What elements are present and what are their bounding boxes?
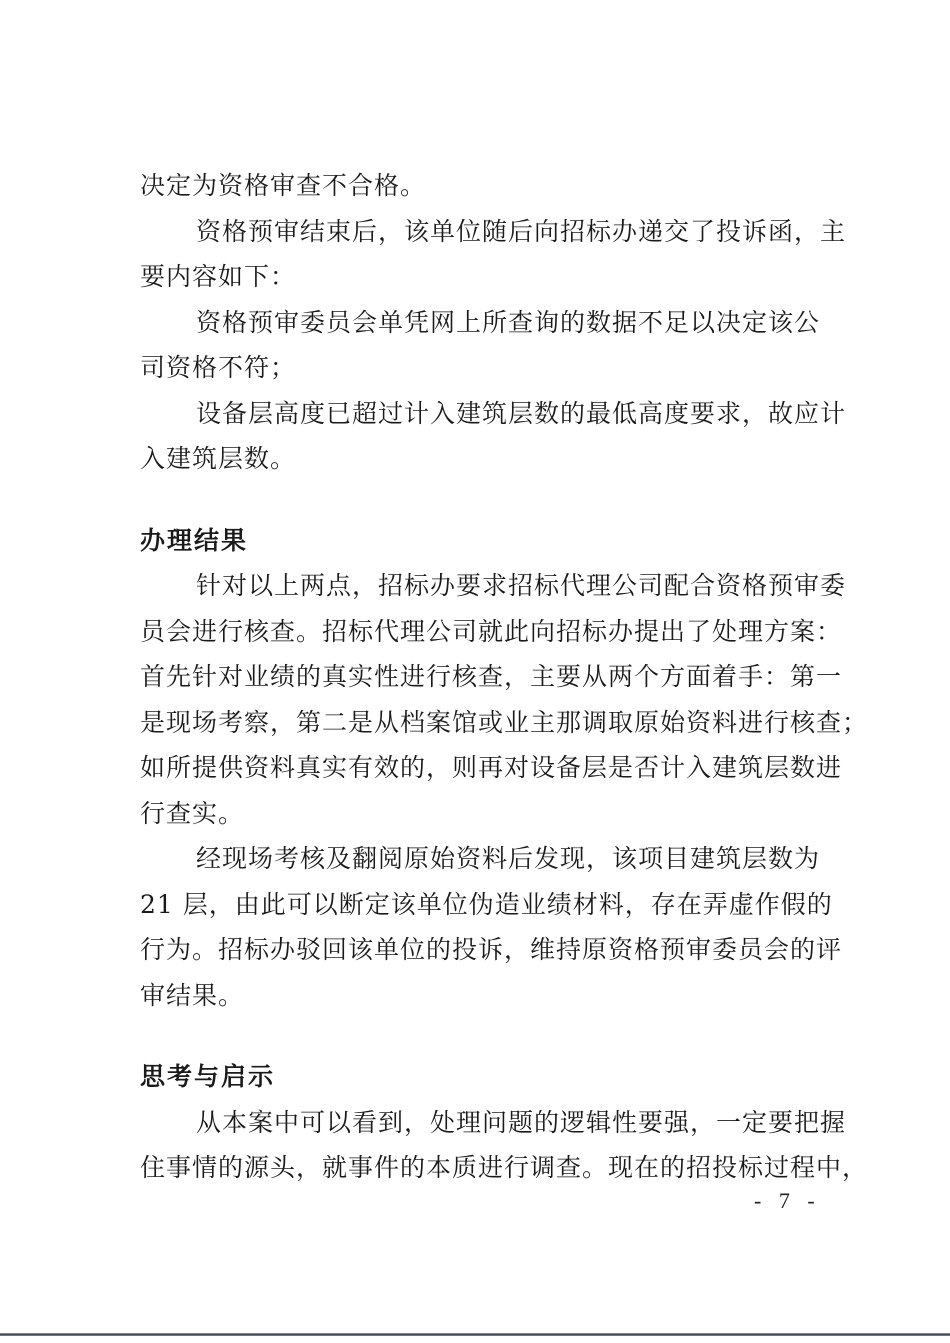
paragraph-line: 要内容如下： xyxy=(140,254,816,300)
paragraph-line: 是现场考察，第二是从档案馆或业主那调取原始资料进行核查； xyxy=(140,700,816,746)
section-gap xyxy=(140,482,816,518)
paragraph-line: 入建筑层数。 xyxy=(140,436,816,482)
paragraph-line: 员会进行核查。招标代理公司就此向招标办提出了处理方案： xyxy=(140,609,816,655)
paragraph-line: 如所提供资料真实有效的，则再对设备层是否计入建筑层数进 xyxy=(140,745,816,791)
paragraph-line: 资格预审委员会单凭网上所查询的数据不足以决定该公 xyxy=(140,300,816,346)
paragraph-line: 首先针对业绩的真实性进行核查，主要从两个方面着手：第一 xyxy=(140,654,816,700)
paragraph-line: 司资格不符； xyxy=(140,345,816,391)
section-heading-result: 办理结果 xyxy=(140,518,816,564)
paragraph-line: 设备层高度已超过计入建筑层数的最低高度要求，故应计 xyxy=(140,391,816,437)
page-body: 决定为资格审查不合格。 资格预审结束后，该单位随后向招标办递交了投诉函，主 要内… xyxy=(140,163,816,1191)
paragraph-line: 经现场考核及翻阅原始资料后发现，该项目建筑层数为 xyxy=(140,836,816,882)
paragraph-line: 决定为资格审查不合格。 xyxy=(140,163,816,209)
paragraph-line: 行为。招标办驳回该单位的投诉，维持原资格预审委员会的评 xyxy=(140,927,816,973)
paragraph-line: 针对以上两点，招标办要求招标代理公司配合资格预审委 xyxy=(140,563,816,609)
paragraph-line: 行查实。 xyxy=(140,791,816,837)
paragraph-line: 资格预审结束后，该单位随后向招标办递交了投诉函，主 xyxy=(140,209,816,255)
paragraph-line: 从本案中可以看到，处理问题的逻辑性要强，一定要把握 xyxy=(140,1100,816,1146)
section-heading-reflection: 思考与启示 xyxy=(140,1054,816,1100)
section-gap xyxy=(140,1018,816,1054)
paragraph-line: 审结果。 xyxy=(140,973,816,1019)
paragraph-line: 21 层，由此可以断定该单位伪造业绩材料，存在弄虚作假的 xyxy=(140,882,816,928)
page-number: - 7 - xyxy=(754,1188,821,1214)
scan-edge-line xyxy=(0,1333,950,1336)
paragraph-line: 住事情的源头，就事件的本质进行调查。现在的招投标过程中， xyxy=(140,1145,816,1191)
document-page: 决定为资格审查不合格。 资格预审结束后，该单位随后向招标办递交了投诉函，主 要内… xyxy=(0,0,950,1343)
